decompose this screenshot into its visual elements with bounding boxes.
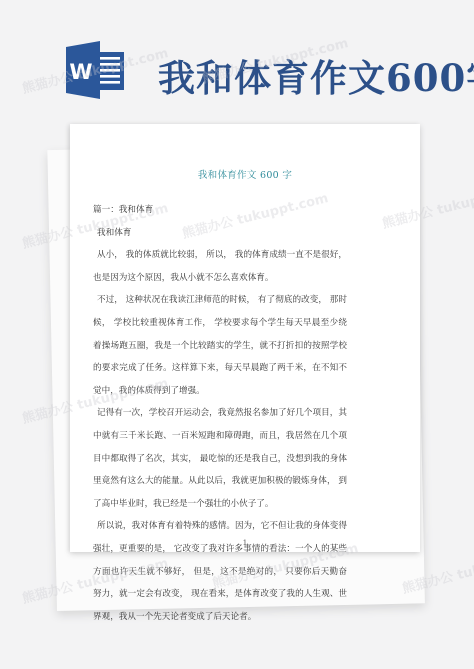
document-page: 我和体育作文 600 字 篇一：我和体育 我和体育 从小， 我的体质就比较弱， … (70, 124, 420, 552)
document-title: 我和体育作文 600 字 (70, 167, 420, 181)
header-banner: W 我和体育作文600字 (0, 0, 474, 120)
section-subtitle: 我和体育 (93, 222, 347, 245)
svg-text:W: W (69, 60, 92, 84)
header-title: 我和体育作文600字 (158, 48, 474, 102)
section-heading: 篇一：我和体育 (93, 199, 347, 222)
paragraph: 记得有一次，学校召开运动会，我竟然报名参加了好几个项目，其中就有三千米长跑、一百… (93, 402, 347, 515)
paragraph: 所以说，我对体育有着特殊的感情。因为，它不但让我的身体变得强壮，更重要的是， 它… (93, 515, 347, 628)
page-number: 1 (70, 539, 420, 547)
paragraph: 从小， 我的体质就比较弱， 所以， 我的体育成绩一直不是很好， 也是因为这个原因… (93, 244, 347, 289)
paragraph: 不过， 这种状况在我读江津师范的时候， 有了彻底的改变， 那时候， 学校比较重视… (93, 289, 347, 402)
word-icon: W (66, 41, 126, 99)
document-body: 篇一：我和体育 我和体育 从小， 我的体质就比较弱， 所以， 我的体育成绩一直不… (93, 199, 347, 628)
